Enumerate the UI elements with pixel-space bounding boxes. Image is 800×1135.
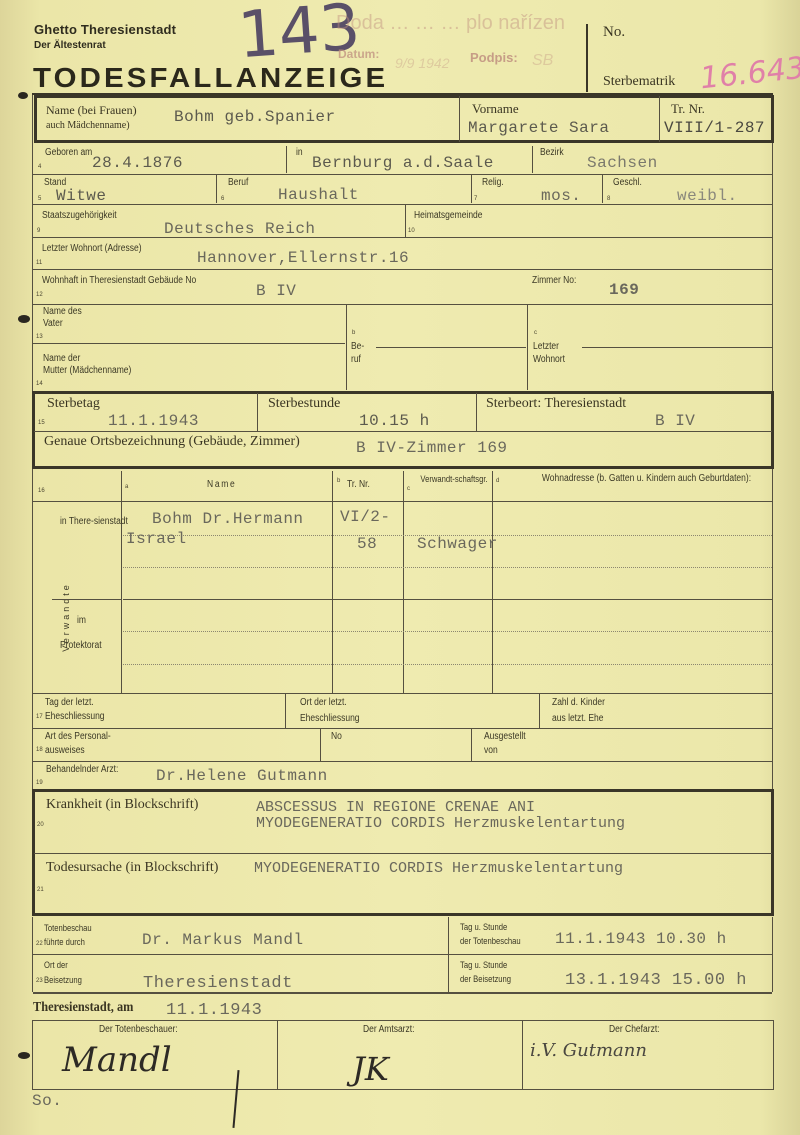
stamp-line: Doda … … … plo nařízen — [336, 12, 565, 35]
stand-value: Witwe — [56, 187, 107, 205]
field-number: 20 — [37, 822, 44, 828]
initials: So. — [32, 1092, 62, 1110]
divider — [320, 729, 321, 761]
field-number: 18 — [36, 747, 43, 753]
ehe-ort-label: Ort der letzt. — [300, 697, 347, 708]
sterbetag-label: Sterbetag — [47, 396, 100, 412]
divider — [33, 954, 772, 955]
divider — [459, 96, 460, 142]
beisetzung-tag-value: 13.1.1943 15.00 h — [565, 971, 747, 990]
bezirk-label: Bezirk — [540, 147, 564, 158]
field-letter: b — [352, 330, 355, 336]
totenbeschau-label-2: führte durch — [44, 937, 85, 947]
col-header-address: Wohnadresse (b. Gatten u. Kindern auch G… — [536, 472, 757, 486]
divider — [476, 393, 477, 431]
krankheit-label: Krankheit (in Blockschrift) — [46, 797, 198, 813]
divider — [527, 305, 528, 390]
divider — [33, 343, 345, 344]
divider — [332, 471, 333, 693]
field-number: 5 — [38, 196, 41, 202]
totenbeschauer-signature: Mandl — [62, 1040, 172, 1080]
ausweis-art-label: Art des Personal- — [45, 731, 111, 742]
staat-value: Deutsches Reich — [164, 220, 316, 238]
vater-label: Name des — [43, 306, 82, 317]
beisetzung-tag-label-2: der Beisetzung — [460, 974, 511, 984]
totenbeschau-label: Totenbeschau — [44, 923, 92, 933]
divider — [33, 304, 772, 305]
ausgestellt-label: Ausgestellt — [484, 731, 526, 742]
death-box — [32, 391, 774, 469]
amtsarzt-signature: JK — [352, 1050, 389, 1088]
vorname-value: Margarete Sara — [468, 119, 609, 137]
field-number: 21 — [37, 887, 44, 893]
punch-hole-mark — [18, 92, 28, 99]
beruf-value: Haushalt — [278, 186, 359, 204]
relative-name: Bohm Dr.Hermann — [152, 510, 304, 528]
dotted-line — [123, 631, 772, 632]
geboren-in-value: Bernburg a.d.Saale — [312, 154, 494, 172]
divider — [532, 146, 533, 173]
divider — [582, 347, 772, 348]
ortsbezeichnung-label: Genaue Ortsbezeichnung (Gebäude, Zimmer) — [44, 434, 300, 450]
zimmer-value: 169 — [609, 281, 639, 299]
amtsarzt-label: Der Amtsarzt: — [363, 1024, 414, 1035]
relative-trnr-2: 58 — [357, 535, 377, 553]
stamp-datum-label: Datum: — [338, 47, 379, 61]
divider — [522, 1020, 523, 1090]
divider — [33, 992, 772, 994]
arzt-value: Dr.Helene Gutmann — [156, 767, 328, 785]
divider — [471, 175, 472, 203]
field-number: 11 — [36, 260, 42, 266]
field-number: 9 — [37, 228, 40, 234]
todesursache-label: Todesursache (in Blockschrift) — [46, 860, 218, 876]
ausgestellt-label-2: von — [484, 745, 498, 756]
field-number: 6 — [221, 196, 224, 202]
org-council: Der Ältestenrat — [34, 40, 106, 51]
beisetzung-label: Ort der — [44, 960, 68, 970]
bezirk-value: Sachsen — [587, 154, 658, 172]
geschl-label: Geschl. — [613, 177, 642, 188]
divider — [346, 305, 347, 390]
place-date-value: 11.1.1943 — [166, 1001, 262, 1020]
totenbeschauer-label: Der Totenbeschauer: — [99, 1024, 178, 1035]
punch-hole-mark — [18, 1052, 30, 1059]
sterbestunde-value: 10.15 h — [359, 412, 430, 430]
field-number: 4 — [38, 164, 41, 170]
eltern-wohnort-label-2: Wohnort — [533, 354, 565, 365]
sterbeort-value: B IV — [655, 412, 695, 430]
stamp-podpis-value: SB — [532, 52, 553, 70]
vater-label-2: Vater — [43, 318, 63, 329]
name-box — [34, 95, 774, 143]
mutter-label: Name der — [43, 353, 80, 364]
wohnort-value: Hannover,Ellernstr.16 — [197, 249, 409, 267]
trnr-label: Tr. Nr. — [671, 101, 705, 117]
relative-name-2: Israel — [126, 530, 187, 548]
krankheit-value: ABSCESSUS IN REGIONE CRENAE ANI — [256, 799, 535, 816]
field-number: 10 — [408, 228, 415, 234]
divider — [772, 917, 773, 992]
totenbeschau-tag-label: Tag u. Stunde — [460, 922, 507, 932]
kinder-label-2: aus letzt. Ehe — [552, 713, 604, 724]
relig-value: mos. — [541, 187, 581, 205]
geboren-value: 28.4.1876 — [92, 154, 183, 172]
punch-hole-mark — [18, 315, 30, 323]
field-number: 15 — [38, 420, 45, 426]
divider — [492, 471, 493, 693]
field-number: 19 — [36, 780, 43, 786]
stamp-datum-value: 9/9 1942 — [395, 55, 450, 71]
column-letter: c — [407, 486, 410, 492]
col-header-relation: Verwandt-schaftsgr. — [420, 472, 488, 486]
divider — [277, 1020, 278, 1090]
ehe-ort-label-2: Eheschliessung — [300, 713, 360, 724]
org-name: Ghetto Theresienstadt — [34, 22, 176, 37]
column-letter: b — [337, 478, 340, 484]
field-number: 14 — [36, 381, 43, 387]
name-label-line1: Name (bei Frauen) — [46, 103, 137, 117]
name-label: Name (bei Frauen) — [46, 103, 137, 118]
divider — [33, 761, 772, 762]
chefarzt-signature: i.V. Gutmann — [530, 1040, 647, 1061]
ehe-tag-label: Tag der letzt. — [45, 697, 94, 708]
wohnort-label: Letzter Wohnort (Adresse) — [42, 243, 142, 254]
col-header-name: Name — [207, 479, 236, 490]
field-number: 12 — [36, 292, 43, 298]
vorname-label: Vorname — [472, 101, 519, 117]
no-label: No. — [603, 24, 625, 41]
chefarzt-label: Der Chefarzt: — [609, 1024, 660, 1035]
column-letter: d — [496, 478, 499, 484]
divider — [33, 693, 772, 694]
field-number: 22 — [36, 941, 43, 947]
eltern-beruf-label: Be- — [351, 341, 364, 352]
divider — [376, 347, 526, 348]
place-date-label: Theresienstadt, am — [33, 1000, 133, 1016]
group2-label-2: Protektorat — [60, 640, 102, 651]
sterbeort-label: Sterbeort: Theresienstadt — [486, 396, 626, 412]
sterbetag-value: 11.1.1943 — [108, 412, 199, 430]
mutter-label-2: Mutter (Mädchenname) — [43, 365, 131, 376]
relative-relation: Schwager — [417, 535, 498, 553]
name-label-sub: auch Mädchenname) — [46, 120, 130, 131]
divider — [602, 175, 603, 203]
divider — [216, 175, 217, 203]
stamp-podpis-label: Podpis: — [470, 50, 518, 65]
ortsbezeichnung-value: B IV-Zimmer 169 — [356, 439, 508, 457]
divider — [257, 393, 258, 431]
field-number: 8 — [607, 196, 610, 202]
header-divider — [586, 24, 588, 92]
divider — [659, 96, 660, 142]
beisetzung-tag-label: Tag u. Stunde — [460, 960, 507, 970]
geschl-value: weibl. — [677, 187, 738, 205]
todesursache-value: MYODEGENERATIO CORDIS Herzmuskelentartun… — [254, 860, 623, 877]
dotted-line — [123, 567, 772, 568]
field-number: 13 — [36, 334, 43, 340]
group1-label-text: in There-sienstadt — [60, 516, 128, 527]
ehe-tag-label-2: Eheschliessung — [45, 711, 105, 722]
ausweis-no-label: No — [331, 731, 342, 742]
divider — [33, 728, 772, 729]
divider — [33, 237, 772, 238]
staat-label: Staatszugehörigkeit — [42, 210, 117, 221]
eltern-wohnort-label: Letzter — [533, 341, 559, 352]
divider — [34, 853, 772, 854]
divider — [405, 205, 406, 237]
totenbeschau-tag-value: 11.1.1943 10.30 h — [555, 930, 727, 948]
form-title: TODESFALLANZEIGE — [33, 62, 388, 94]
divider — [34, 431, 772, 432]
arzt-label: Behandelnder Arzt: — [46, 764, 118, 775]
field-number: 7 — [474, 196, 477, 202]
beisetzung-label-2: Beisetzung — [44, 975, 82, 985]
frame-left — [32, 93, 33, 893]
wohnhaft-label: Wohnhaft in Theresienstadt Gebäude No — [42, 275, 196, 286]
name-value: Bohm geb.Spanier — [174, 108, 336, 126]
sterbematrik-label: Sterbematrik — [603, 74, 675, 90]
frame-right — [772, 93, 773, 893]
group2-label: im — [77, 615, 86, 626]
divider — [403, 471, 404, 693]
field-letter: c — [534, 330, 537, 336]
ausweis-art-label-2: ausweises — [45, 745, 85, 756]
beisetzung-value: Theresienstadt — [143, 974, 293, 993]
divider — [123, 599, 772, 600]
beruf-label: Beruf — [228, 177, 248, 188]
divider — [539, 694, 540, 728]
krankheit-value-2: MYODEGENERATIO CORDIS Herzmuskelentartun… — [256, 815, 625, 832]
dotted-line — [123, 664, 772, 665]
geboren-label: Geboren am — [45, 147, 92, 158]
geboren-in-label: in — [296, 147, 303, 158]
field-number: 16 — [38, 488, 45, 494]
heimat-label: Heimatsgemeinde — [414, 210, 483, 221]
divider — [33, 204, 772, 205]
divider — [52, 599, 121, 600]
divider — [471, 729, 472, 761]
column-letter: a — [125, 484, 128, 490]
group1-label: in There-sienstadt — [60, 516, 128, 527]
eltern-beruf-label-2: ruf — [351, 354, 361, 365]
relative-trnr: VI/2- — [340, 508, 391, 526]
kinder-label: Zahl d. Kinder — [552, 697, 605, 708]
divider — [33, 174, 772, 175]
field-number: 17 — [36, 714, 43, 720]
col-header-trnr: Tr. Nr. — [347, 479, 370, 490]
totenbeschau-tag-label-2: der Totenbeschau — [460, 936, 521, 946]
divider — [33, 501, 772, 502]
sterbestunde-label: Sterbestunde — [268, 396, 340, 412]
wohnhaft-value: B IV — [256, 282, 296, 300]
divider — [121, 471, 122, 693]
totenbeschau-value: Dr. Markus Mandl — [142, 931, 304, 949]
divider — [33, 269, 772, 270]
field-number: 23 — [36, 978, 43, 984]
sterbematrik-value: 16.643 — [698, 51, 800, 97]
divider — [286, 146, 287, 173]
relig-label: Relig. — [482, 177, 504, 188]
divider — [285, 694, 286, 728]
trnr-value: VIII/1-287 — [664, 119, 765, 137]
zimmer-label: Zimmer No: — [532, 275, 576, 286]
